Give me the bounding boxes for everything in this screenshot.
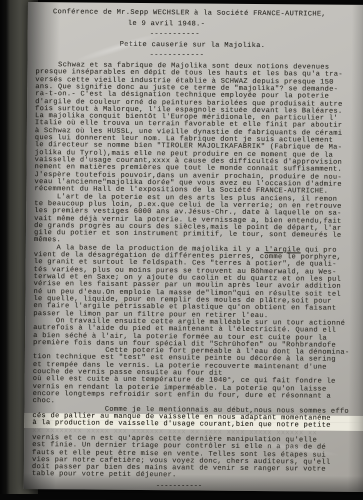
scanned-document-photo: Conférence de Mr.Sepp WECHSLER à la Soci… <box>0 0 363 500</box>
document-header: Conférence de Mr.Sepp WECHSLER à la Soci… <box>27 7 363 63</box>
document-page: Conférence de Mr.Sepp WECHSLER à la Soci… <box>24 2 363 492</box>
end-separator: ----------- <box>24 481 363 493</box>
document-body: Schwaz et sa fabrique de Majolika sont d… <box>24 62 363 482</box>
